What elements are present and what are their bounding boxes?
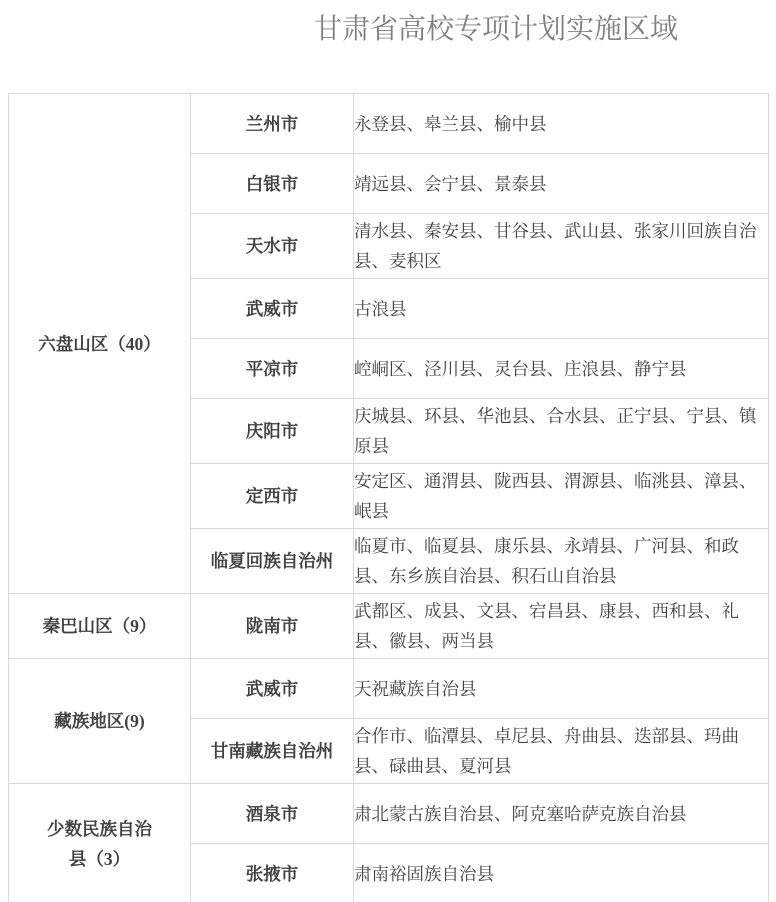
- city-cell: 甘南藏族自治州: [191, 719, 354, 784]
- counties-cell: 肃北蒙古族自治县、阿克塞哈萨克族自治县: [354, 784, 769, 844]
- city-cell: 武威市: [191, 659, 354, 719]
- counties-cell: 安定区、通渭县、陇西县、渭源县、临洮县、漳县、岷县: [354, 464, 769, 529]
- counties-cell: 清水县、秦安县、甘谷县、武山县、张家川回族自治县、麦积区: [354, 214, 769, 279]
- counties-cell: 庆城县、环县、华池县、合水县、正宁县、宁县、镇原县: [354, 399, 769, 464]
- counties-cell: 靖远县、会宁县、景泰县: [354, 154, 769, 214]
- table-row: 少数民族自治 县（3） 酒泉市 肃北蒙古族自治县、阿克塞哈萨克族自治县: [9, 784, 769, 844]
- city-cell: 陇南市: [191, 594, 354, 659]
- counties-cell: 合作市、临潭县、卓尼县、舟曲县、迭部县、玛曲县、碌曲县、夏河县: [354, 719, 769, 784]
- group-cell: 少数民族自治 县（3）: [9, 784, 191, 902]
- counties-cell: 武都区、成县、文县、宕昌县、康县、西和县、礼县、徽县、两当县: [354, 594, 769, 659]
- city-cell: 天水市: [191, 214, 354, 279]
- counties-cell: 崆峒区、泾川县、灵台县、庄浪县、静宁县: [354, 339, 769, 399]
- implementation-region-table: 六盘山区（40） 兰州市 永登县、皋兰县、榆中县 白银市 靖远县、会宁县、景泰县…: [8, 93, 769, 902]
- city-cell: 张掖市: [191, 844, 354, 902]
- city-cell: 平凉市: [191, 339, 354, 399]
- city-cell: 白银市: [191, 154, 354, 214]
- city-cell: 兰州市: [191, 94, 354, 154]
- counties-cell: 古浪县: [354, 279, 769, 339]
- counties-cell: 天祝藏族自治县: [354, 659, 769, 719]
- city-cell: 庆阳市: [191, 399, 354, 464]
- counties-cell: 永登县、皋兰县、榆中县: [354, 94, 769, 154]
- city-cell: 定西市: [191, 464, 354, 529]
- table-row: 六盘山区（40） 兰州市 永登县、皋兰县、榆中县: [9, 94, 769, 154]
- counties-cell: 肃南裕固族自治县: [354, 844, 769, 902]
- table-row: 秦巴山区（9） 陇南市 武都区、成县、文县、宕昌县、康县、西和县、礼县、徽县、两…: [9, 594, 769, 659]
- page-title: 甘肃省高校专项计划实施区域: [0, 12, 776, 46]
- group-cell: 藏族地区(9): [9, 659, 191, 784]
- group-cell: 六盘山区（40）: [9, 94, 191, 594]
- group-cell: 秦巴山区（9）: [9, 594, 191, 659]
- counties-cell: 临夏市、临夏县、康乐县、永靖县、广河县、和政县、东乡族自治县、积石山自治县: [354, 529, 769, 594]
- city-cell: 临夏回族自治州: [191, 529, 354, 594]
- city-cell: 武威市: [191, 279, 354, 339]
- table-row: 藏族地区(9) 武威市 天祝藏族自治县: [9, 659, 769, 719]
- city-cell: 酒泉市: [191, 784, 354, 844]
